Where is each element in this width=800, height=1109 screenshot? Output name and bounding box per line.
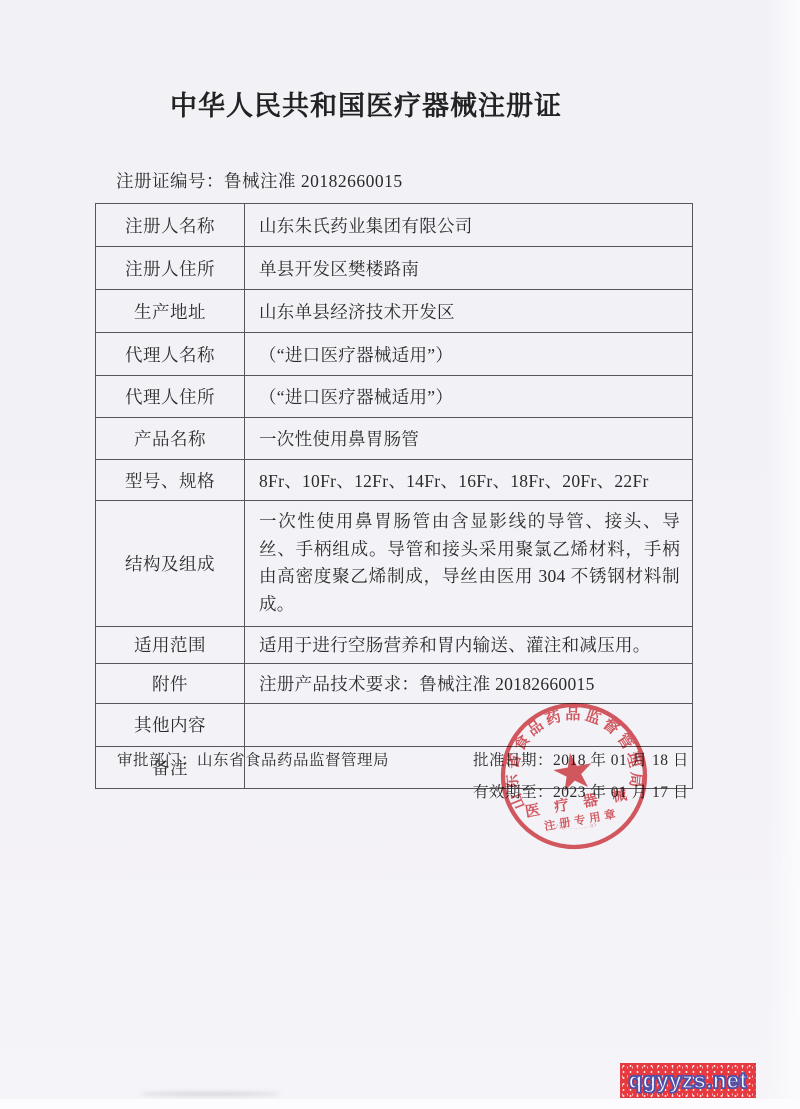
row-label: 附件 [96, 663, 245, 703]
row-label: 注册人住所 [96, 247, 245, 290]
seal-line2: 注册专用章 [543, 806, 620, 833]
approval-date: 批准日期：2018 年 01 月 18 日 [473, 748, 689, 770]
table-row: 代理人住所 （“进口医疗器械适用”） [96, 376, 693, 418]
table-row: 结构及组成 一次性使用鼻胃肠管由含显影线的导管、接头、导丝、手柄组成。导管和接头… [96, 501, 693, 627]
valid-until-date: 有效期至：2023 年 01 月 17 日 [473, 780, 689, 802]
table-row: 注册人名称 山东朱氏药业集团有限公司 [96, 204, 693, 247]
page-title: 中华人民共和国医疗器械注册证 [0, 84, 732, 123]
row-value: 一次性使用鼻胃肠管 [245, 418, 693, 460]
table-row: 其他内容 [96, 703, 693, 746]
table-row: 产品名称 一次性使用鼻胃肠管 [96, 418, 693, 460]
certificate-number-value: 鲁械注准 20182660015 [224, 171, 403, 191]
table-row: 代理人名称 （“进口医疗器械适用”） [96, 333, 693, 376]
table-row: 适用范围 适用于进行空肠营养和胃内输送、灌注和减压用。 [96, 626, 693, 663]
certificate-page: 中华人民共和国医疗器械注册证 注册证编号：鲁械注准 20182660015 注册… [0, 0, 800, 1109]
scan-smudge [140, 1092, 280, 1096]
approval-department: 审批部门：山东省食品药品监督管理局 [117, 748, 389, 770]
row-value: 适用于进行空肠营养和胃内输送、灌注和减压用。 [245, 626, 693, 663]
row-label: 代理人名称 [96, 333, 245, 376]
table-row: 生产地址 山东单县经济技术开发区 [96, 290, 693, 333]
row-label: 型号、规格 [96, 460, 245, 501]
certificate-number-line: 注册证编号：鲁械注准 20182660015 [116, 168, 403, 193]
row-value: 山东朱氏药业集团有限公司 [245, 204, 693, 247]
row-value: 单县开发区樊楼路南 [245, 247, 693, 290]
certificate-table: 注册人名称 山东朱氏药业集团有限公司 注册人住所 单县开发区樊楼路南 生产地址 … [95, 203, 693, 789]
row-label: 其他内容 [96, 703, 245, 746]
row-label: 适用范围 [96, 626, 245, 663]
row-value: 8Fr、10Fr、12Fr、14Fr、16Fr、18Fr、20Fr、22Fr [245, 460, 693, 501]
row-value: （“进口医疗器械适用”） [245, 376, 693, 418]
row-value: （“进口医疗器械适用”） [245, 333, 693, 376]
seal-serial: 170··········01 [554, 816, 599, 836]
row-value: 一次性使用鼻胃肠管由含显影线的导管、接头、导丝、手柄组成。导管和接头采用聚氯乙烯… [245, 501, 693, 627]
scan-edge-right [766, 0, 800, 1109]
row-label: 生产地址 [96, 290, 245, 333]
watermark-text: qgyyzs.net [629, 1068, 748, 1094]
row-label: 代理人住所 [96, 376, 245, 418]
table-row: 附件 注册产品技术要求：鲁械注准 20182660015 [96, 663, 693, 703]
table-row: 型号、规格 8Fr、10Fr、12Fr、14Fr、16Fr、18Fr、20Fr、… [96, 460, 693, 501]
row-label: 注册人名称 [96, 204, 245, 247]
table-row: 注册人住所 单县开发区樊楼路南 [96, 247, 693, 290]
row-value [245, 703, 693, 746]
certificate-number-label: 注册证编号： [116, 171, 224, 191]
row-label: 结构及组成 [96, 501, 245, 627]
scan-edge-bottom [0, 1099, 800, 1109]
watermark-badge: qgyyzs.net [620, 1063, 756, 1098]
row-value: 注册产品技术要求：鲁械注准 20182660015 [245, 663, 693, 703]
row-value: 山东单县经济技术开发区 [245, 290, 693, 333]
row-label: 产品名称 [96, 418, 245, 460]
